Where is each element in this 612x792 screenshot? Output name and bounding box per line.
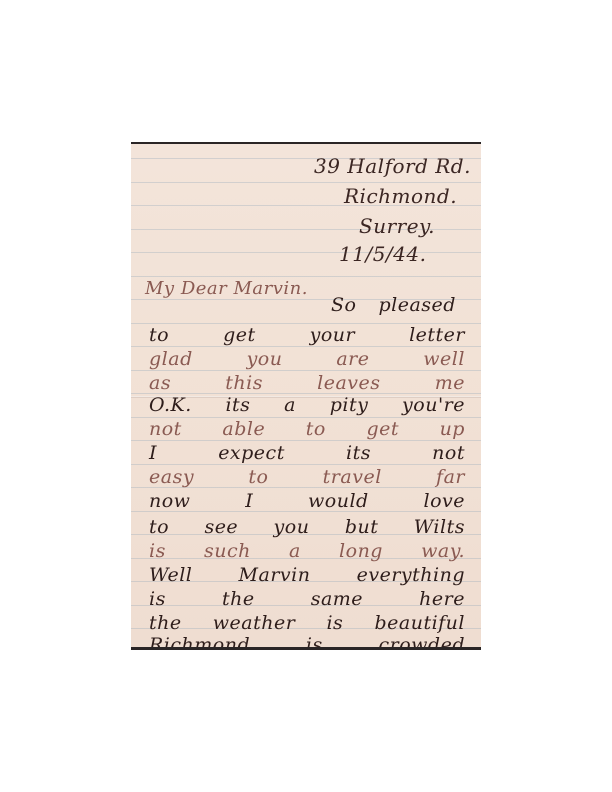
ruled-line (131, 346, 481, 347)
letter-word: here (419, 588, 465, 610)
letter-word: you (247, 348, 283, 370)
letter-word: Wilts (414, 516, 465, 538)
letter-word: to (149, 324, 169, 346)
letter-line: isthesamehere (149, 588, 465, 610)
ruled-line (131, 182, 481, 183)
letter-word: are (336, 348, 369, 370)
letter-word: pity (330, 394, 369, 416)
letter-word: crowded (378, 634, 465, 650)
letter-word: travel (323, 466, 382, 488)
letter-word: its (225, 394, 250, 416)
letter-word: same (311, 588, 363, 610)
letter-word: So (331, 294, 356, 316)
salutation: My Dear Marvin. (145, 278, 308, 299)
letter-word: easy (149, 466, 194, 488)
letter-word: but (345, 516, 379, 538)
ruled-line (131, 252, 481, 253)
letter-word: is (326, 612, 343, 634)
letter-word: is (306, 634, 323, 650)
letter-line: Iexpectitsnot (149, 442, 465, 464)
letter-word: now (149, 490, 190, 512)
letter-word: I (245, 490, 253, 512)
letter-word: get (366, 418, 399, 440)
letter-word: to (248, 466, 268, 488)
letter-word: long (339, 540, 383, 562)
letter-word: the (222, 588, 255, 610)
ruled-line (131, 440, 481, 441)
letter-word: well (423, 348, 465, 370)
letter-word: not (432, 442, 465, 464)
letter-word: glad (149, 348, 193, 370)
letter-word: its (346, 442, 371, 464)
letter-word: expect (218, 442, 285, 464)
letter-line: togetyourletter (149, 324, 465, 346)
letter-line: issuchalongway. (149, 540, 465, 562)
letter-page: 39 Halford Rd. Richmond. Surrey. 11/5/44… (131, 142, 481, 650)
letter-word: Well (149, 564, 192, 586)
letter-word: weather (213, 612, 296, 634)
letter-line: notabletogetup (149, 418, 465, 440)
letter-word: I (149, 442, 157, 464)
letter-word: is (149, 588, 166, 610)
letter-word: to (306, 418, 326, 440)
letter-word: this (225, 372, 263, 394)
address-street: 39 Halford Rd. (314, 154, 471, 178)
letter-word: see (204, 516, 238, 538)
letter-line: asthisleavesme (149, 372, 465, 394)
letter-word: way. (421, 540, 465, 562)
letter-word: letter (409, 324, 465, 346)
letter-word: Richmond (149, 634, 250, 650)
letter-line: theweatherisbeautiful (149, 612, 465, 634)
letter-line: easytotravelfar (149, 466, 465, 488)
letter-word: not (149, 418, 182, 440)
address-town: Richmond. (344, 184, 457, 208)
letter-line: Richmondiscrowded (149, 634, 465, 650)
letter-word: as (149, 372, 171, 394)
letter-word: O.K. (149, 394, 192, 416)
letter-word: pleased (378, 294, 455, 316)
letter-word: everything (357, 564, 465, 586)
letter-line: toseeyoubutWilts (149, 516, 465, 538)
letter-word: love (424, 490, 466, 512)
letter-word: able (222, 418, 265, 440)
ruled-line (131, 276, 481, 277)
letter-word: is (149, 540, 166, 562)
letter-word: up (440, 418, 465, 440)
letter-word: a (289, 540, 301, 562)
letter-word: get (223, 324, 256, 346)
letter-word: you're (402, 394, 465, 416)
letter-word: far (436, 466, 465, 488)
letter-word: a (284, 394, 296, 416)
letter-word: leaves (317, 372, 380, 394)
letter-line: WellMarvineverything (149, 564, 465, 586)
letter-word: such (204, 540, 251, 562)
letter-word: the (149, 612, 182, 634)
letter-word: me (435, 372, 465, 394)
letter-word: to (149, 516, 169, 538)
letter-word: would (308, 490, 369, 512)
letter-word: Marvin (239, 564, 311, 586)
letter-line: nowIwouldlove (149, 490, 465, 512)
letter-line: O.K.itsapityyou're (149, 394, 465, 416)
letter-date: 11/5/44. (339, 242, 426, 266)
letter-word: you (274, 516, 310, 538)
address-county: Surrey. (359, 214, 435, 238)
letter-word: beautiful (374, 612, 465, 634)
letter-word: your (310, 324, 356, 346)
letter-line: gladyouarewell (149, 348, 465, 370)
letter-line: Sopleased (331, 294, 465, 316)
